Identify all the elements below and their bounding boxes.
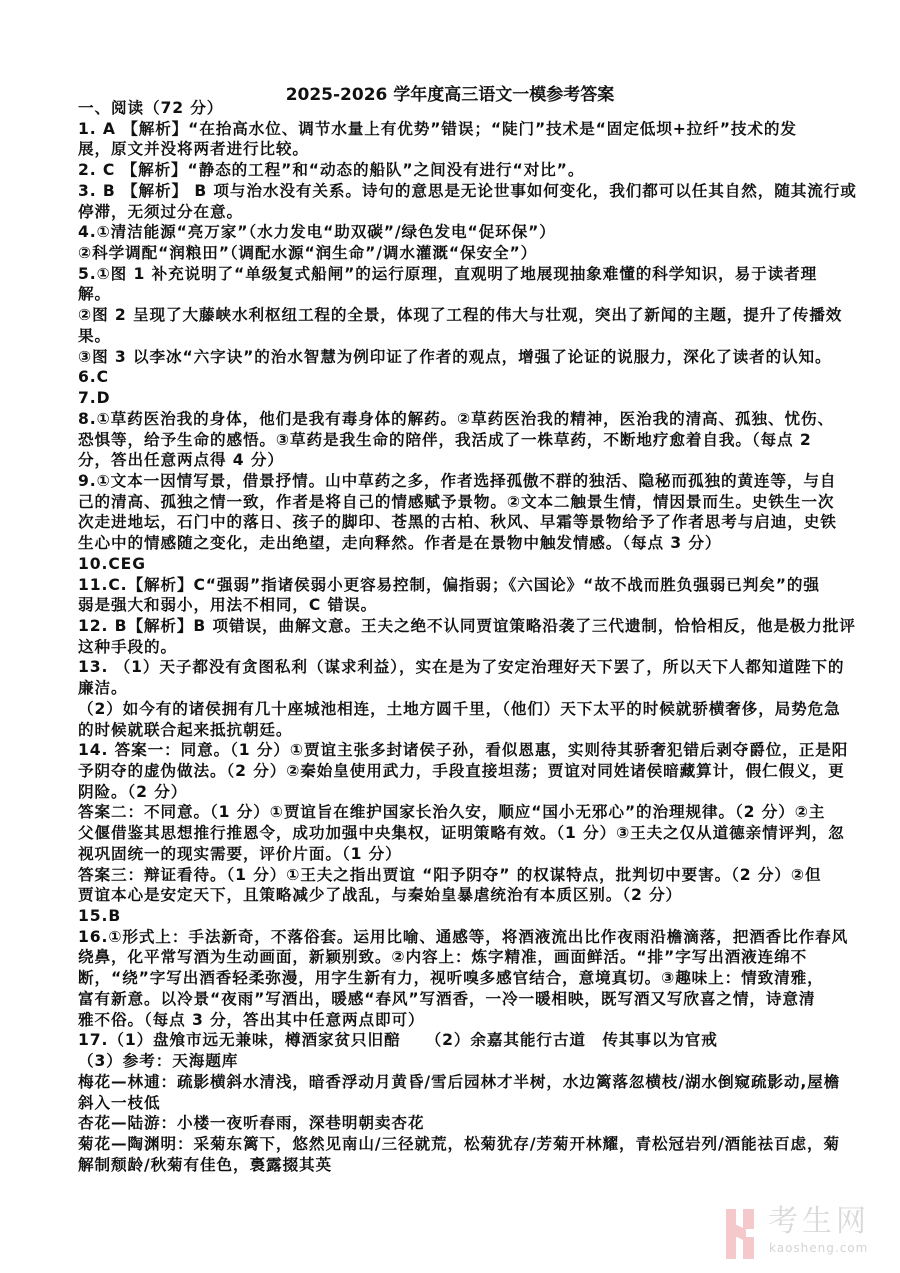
answer-line: 9.①文本一因情写景，借景抒情。山中草药之多，作者选择孤傲不群的独活、隐秘而孤独…	[78, 471, 826, 492]
answer-line: 答案二：不同意。（1 分）①贾谊旨在维护国家长治久安，顺应“国小无邪心”的治理规…	[78, 802, 826, 823]
answer-line: 斜入一枝低	[78, 1093, 826, 1114]
answer-line: 次走进地坛，石门中的落日、孩子的脚印、苍黑的古柏、秋风、早霜等景物给予了作者思考…	[78, 512, 826, 533]
answer-line: 3. B 【解析】 B 项与治水没有关系。诗句的意思是无论世事如何变化，我们都可…	[78, 181, 826, 202]
answer-line: 的时候就联合起来抵抗朝廷。	[78, 720, 826, 741]
answer-line: 解。	[78, 284, 826, 305]
answer-line: 绕鼻，化平常写酒为生动画面，新颖别致。②内容上：炼字精准，画面鲜活。“排”字写出…	[78, 947, 826, 968]
answer-line: 杏花—陆游：小楼一夜听春雨，深巷明朝卖杏花	[78, 1113, 826, 1134]
answer-line: 12. B【解析】B 项错误，曲解文意。王夫之绝不认同贾谊策略沿袭了三代遗制，恰…	[78, 616, 826, 637]
answer-line: 6.C	[78, 367, 826, 388]
answer-line: 16.①形式上：手法新奇，不落俗套。运用比喻、通感等，将酒液流出比作夜雨沿檐滴落…	[78, 927, 826, 948]
answer-line: 4.①清洁能源“亮万家”（水力发电“助双碳”/绿色发电“促环保”）	[78, 222, 826, 243]
kaosheng-watermark: 考生网 kaosheng.com	[722, 1203, 892, 1263]
answer-line: 7.D	[78, 388, 826, 409]
answer-line: 恐惧等，给予生命的感悟。③草药是我生命的陪伴，我活成了一株草药，不断地疗愈着自我…	[78, 430, 826, 451]
answer-line: 生心中的情感随之变化，走出绝望，走向释然。作者是在景物中触发情感。（每点 3 分…	[78, 533, 826, 554]
answer-line: 视巩固统一的现实需要，评价片面。（1 分）	[78, 844, 826, 865]
answer-line: 13. （1）天子都没有贪图私利（谋求利益），实在是为了安定治理好天下罢了，所以…	[78, 657, 826, 678]
answer-line: ②科学调配“润粮田”（调配水源“润生命”/调水灌溉“保安全”）	[78, 243, 826, 264]
answer-line: 14. 答案一：同意。（1 分）①贾谊主张多封诸侯子孙，看似恩惠，实则待其骄奢犯…	[78, 740, 826, 761]
answer-line: 雅不俗。（每点 3 分，答出其中任意两点即可）	[78, 1010, 826, 1031]
answer-line: 这种手段的。	[78, 637, 826, 658]
answer-line: 解制颓龄/秋菊有佳色，裛露掇其英	[78, 1155, 826, 1176]
section-heading-reading: 一、阅读（72 分）	[78, 98, 826, 119]
answer-line: 11.C.【解析】C“强弱”指诸侯弱小更容易控制，偏指弱；《六国论》“故不战而胜…	[78, 575, 826, 596]
watermark-brand-cn: 考生网	[768, 1205, 870, 1239]
answer-line: 答案三：辩证看待。（1 分）①王夫之指出贾谊 “阳予阴夺” 的权谋特点，批判切中…	[78, 865, 826, 886]
answer-body: 一、阅读（72 分） 1. A 【解析】“在抬高水位、调节水量上有优势”错误；“…	[78, 98, 826, 1175]
answer-line: 1. A 【解析】“在抬高水位、调节水量上有优势”错误；“陡门”技术是“固定低坝…	[78, 119, 826, 140]
answer-line: 停滞，无须过分在意。	[78, 202, 826, 223]
answer-line: 廉洁。	[78, 678, 826, 699]
answer-line: 梅花—林逋：疏影横斜水清浅，暗香浮动月黄昏/雪后园林才半树，水边篱落忽横枝/湖水…	[78, 1072, 826, 1093]
answer-line: 分，答出任意两点得 4 分）	[78, 450, 826, 471]
answer-line: 阴险。（2 分）	[78, 782, 826, 803]
answer-line: 己的清高、孤独之情一致，作者是将自己的情感赋予景物。②文本二触景生情，情因景而生…	[78, 492, 826, 513]
kaosheng-logo-icon	[726, 1209, 754, 1259]
answer-line: 果。	[78, 326, 826, 347]
answer-line: （2）如今有的诸侯拥有几十座城池相连，土地方圆千里，（他们）天下太平的时候就骄横…	[78, 699, 826, 720]
answer-line: 父偃借鉴其思想推行推恩令，成功加强中央集权，证明策略有效。（1 分）③王夫之仅从…	[78, 823, 826, 844]
answer-line: （3）参考：天海题库	[78, 1051, 826, 1072]
watermark-brand-en: kaosheng.com	[769, 1241, 868, 1255]
answer-line: 17.（1）盘飧市远无兼味，樽酒家贫只旧醅 （2）余嘉其能行古道 传其事以为官戒	[78, 1030, 826, 1051]
answer-line: ③图 3 以李冰“六字诀”的治水智慧为例印证了作者的观点，增强了论证的说服力，深…	[78, 347, 826, 368]
answer-line: 15.B	[78, 906, 826, 927]
answer-line: 富有新意。以冷景“夜雨”写酒出，暖感“春风”写酒香，一冷一暖相映，既写酒又写欣喜…	[78, 989, 826, 1010]
answer-line: 断，“绕”字写出酒香轻柔弥漫，用字生新有力，视听嗅多感官结合，意境真切。③趣味上…	[78, 968, 826, 989]
answer-line: 贾谊本心是安定天下，且策略减少了战乱，与秦始皇暴虐统治有本质区别。（2 分）	[78, 885, 826, 906]
answer-line: 予阴夺的虚伪做法。（2 分）②秦始皇使用武力，手段直接坦荡；贾谊对同姓诸侯暗藏算…	[78, 761, 826, 782]
answer-line: 8.①草药医治我的身体，他们是我有毒身体的解药。②草药医治我的精神，医治我的清高…	[78, 409, 826, 430]
answer-line: 弱是强大和弱小，用法不相同，C 错误。	[78, 595, 826, 616]
answer-line: 2. C 【解析】“静态的工程”和“动态的船队”之间没有进行“对比”。	[78, 160, 826, 181]
answer-line: 展，原文并没将两者进行比较。	[78, 139, 826, 160]
answer-line: 5.①图 1 补充说明了“单级复式船闸”的运行原理，直观明了地展现抽象难懂的科学…	[78, 264, 826, 285]
answer-line: ②图 2 呈现了大藤峡水利枢纽工程的全景，体现了工程的伟大与壮观，突出了新闻的主…	[78, 305, 826, 326]
answer-line: 10.CEG	[78, 554, 826, 575]
answer-line: 菊花—陶渊明：采菊东篱下，悠然见南山/三径就荒，松菊犹存/芳菊开林耀，青松冠岩列…	[78, 1134, 826, 1155]
